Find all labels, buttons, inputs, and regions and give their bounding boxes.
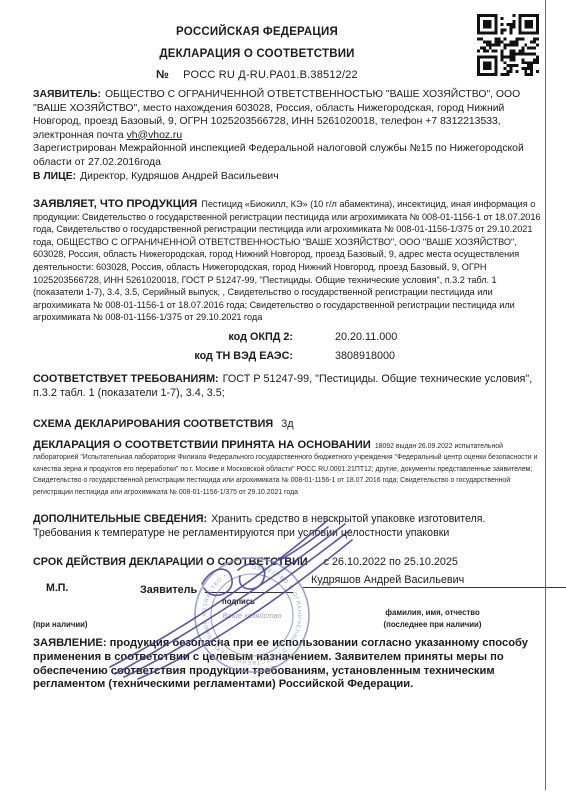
scheme-value: 3д	[281, 418, 293, 430]
scheme-section: СХЕМА ДЕКЛАРИРОВАНИЯ СООТВЕТСТВИЯ3д	[33, 418, 545, 430]
basis-section: ДЕКЛАРАЦИЯ О СООТВЕТСТВИИ ПРИНЯТА НА ОСН…	[33, 440, 545, 498]
qr-code-icon	[471, 8, 545, 82]
signature-line	[205, 592, 293, 593]
email-link: vh@vhoz.ru	[127, 130, 183, 141]
statement-label: ЗАЯВЛЕНИЕ:	[33, 637, 107, 649]
requirements-section: СООТВЕТСТВУЕТ ТРЕБОВАНИЯМ:ГОСТ Р 51247-9…	[33, 373, 545, 400]
statement-section: ЗАЯВЛЕНИЕ: продукция безопасна при ее ис…	[33, 637, 545, 692]
page-edge-line	[545, 0, 546, 790]
page-title: ДЕКЛАРАЦИЯ О СООТВЕТСТВИИ	[33, 48, 481, 60]
tnved-code-value: 3808918000	[335, 350, 395, 362]
stamp-center-text: Ваше хозяйство	[223, 611, 282, 620]
additional-info-label: ДОПОЛНИТЕЛЬНЫЕ СВЕДЕНИЯ:	[33, 513, 207, 525]
name-caption-2: (последнее при наличии)	[340, 620, 525, 629]
product-label: ЗАЯВЛЯЕТ, ЧТО ПРОДУКЦИЯ	[33, 198, 197, 210]
mp-label: М.П.	[46, 582, 68, 594]
okpd-code-value: 20.20.11.000	[335, 331, 397, 343]
applicant-label: ЗАЯВИТЕЛЬ:	[33, 89, 101, 100]
scheme-label: СХЕМА ДЕКЛАРИРОВАНИЯ СООТВЕТСТВИЯ	[33, 418, 273, 430]
validity-value: с 26.10.2022 по 25.10.2025	[324, 556, 458, 568]
okpd-code-label: код ОКПД 2:	[33, 331, 293, 343]
statement-text: продукция безопасна при ее использовании…	[33, 637, 528, 690]
applicant-section: ЗАЯВИТЕЛЬ:ОБЩЕСТВО С ОГРАНИЧЕННОЙ ОТВЕТС…	[33, 88, 545, 169]
signature-caption: подпись	[222, 597, 255, 606]
declaration-number: №РОСС RU Д-RU.РА01.В.38512/22	[33, 69, 481, 81]
in-person-section: В ЛИЦЕ:Директор, Кудряшов Андрей Василье…	[33, 170, 545, 184]
additional-info-section: ДОПОЛНИТЕЛЬНЫЕ СВЕДЕНИЯ:Хранить средство…	[33, 513, 545, 540]
signer-name: Кудряшов Андрей Васильевич	[311, 574, 464, 586]
number-label: №	[156, 69, 169, 81]
in-person-label: В ЛИЦЕ:	[33, 171, 76, 182]
product-text: Пестицид «Биокилл, КЭ» (10 г/л абамектин…	[33, 199, 540, 322]
tnved-code-label: код ТН ВЭД ЕАЭС:	[33, 350, 293, 362]
validity-label: СРОК ДЕЙСТВИЯ ДЕКЛАРАЦИИ О СООТВЕТСТВИИ	[33, 556, 308, 568]
applicant-registered: Зарегистрирован Межрайонной инспекцией Ф…	[33, 142, 545, 169]
requirements-label: СООТВЕТСТВУЕТ ТРЕБОВАНИЯМ:	[33, 373, 219, 385]
header-country: РОССИЙСКАЯ ФЕДЕРАЦИЯ	[33, 26, 481, 38]
validity-section: СРОК ДЕЙСТВИЯ ДЕКЛАРАЦИИ О СООТВЕТСТВИИс…	[33, 556, 545, 568]
number-value: РОСС RU Д-RU.РА01.В.38512/22	[183, 69, 358, 81]
applicant-text: ОБЩЕСТВО С ОГРАНИЧЕННОЙ ОТВЕТСТВЕННОСТЬЮ…	[33, 89, 520, 141]
signer-role-label: Заявитель	[140, 584, 197, 596]
name-caption-1: фамилия, имя, отчество	[340, 608, 525, 617]
basis-label: ДЕКЛАРАЦИЯ О СООТВЕТСТВИИ ПРИНЯТА НА ОСН…	[33, 439, 371, 451]
in-person-text: Директор, Кудряшов Андрей Васильевич	[80, 171, 279, 182]
product-section: ЗАЯВЛЯЕТ, ЧТО ПРОДУКЦИЯПестицид «Биокилл…	[33, 198, 545, 324]
declaration-document: РОССИЙСКАЯ ФЕДЕРАЦИЯ ДЕКЛАРАЦИЯ О СООТВЕ…	[0, 0, 566, 800]
mp-note: (при наличии)	[33, 620, 88, 629]
name-underline	[303, 587, 566, 588]
